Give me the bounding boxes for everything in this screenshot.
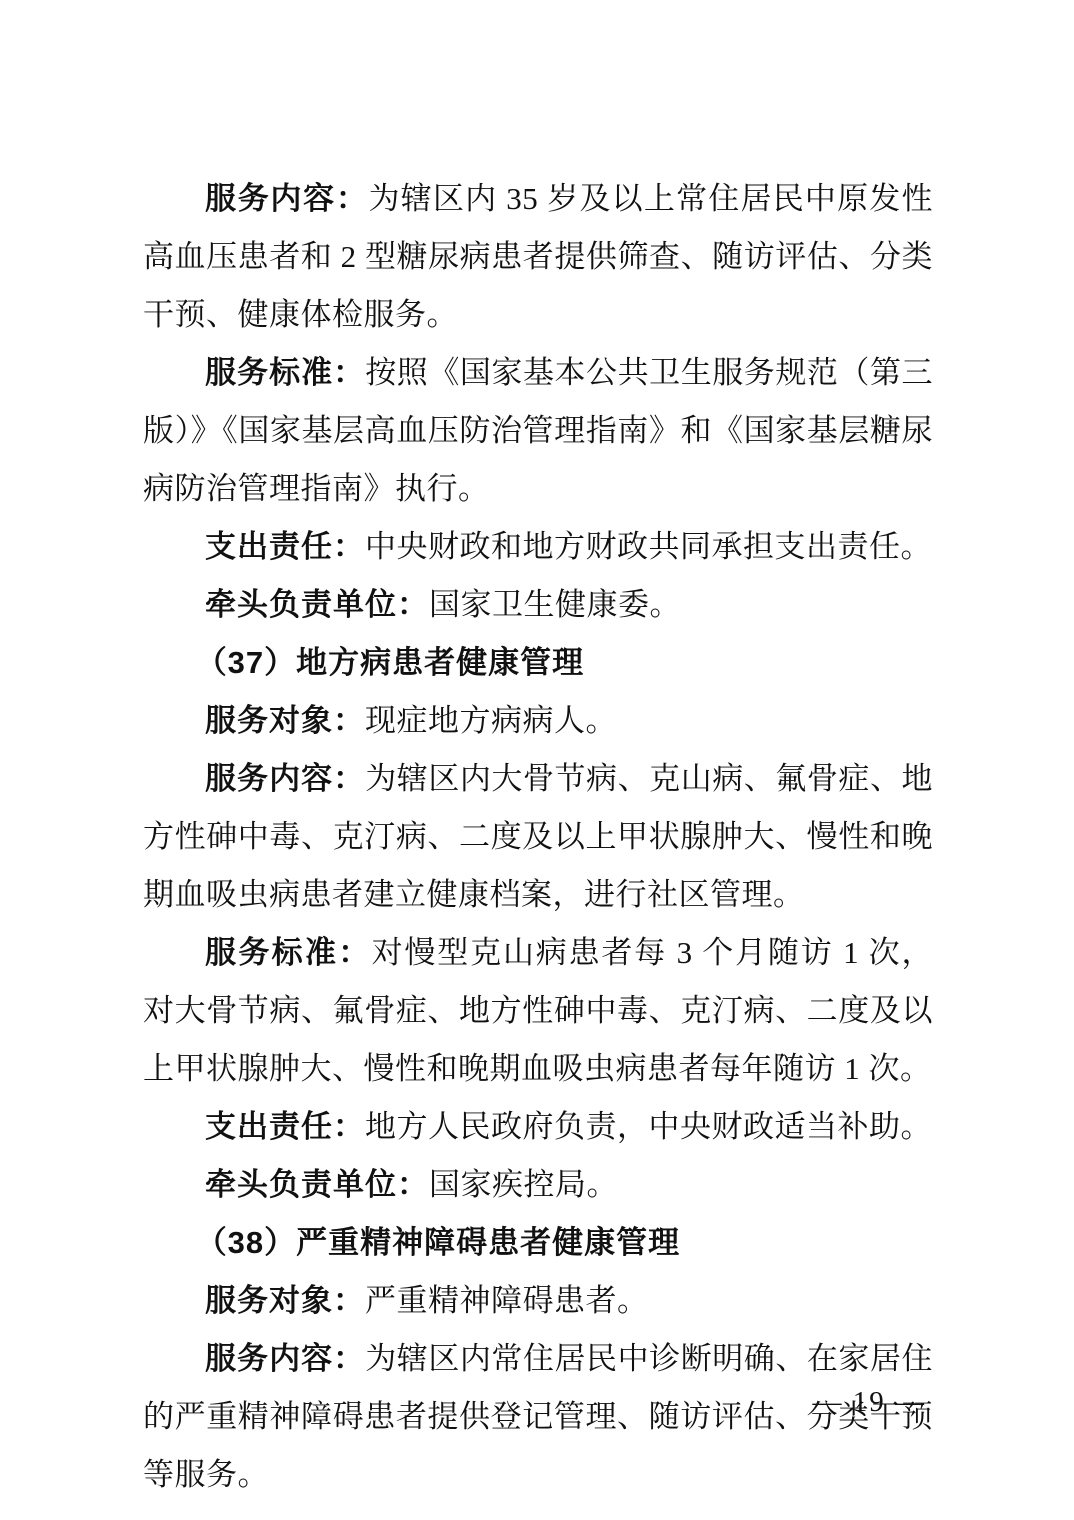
paragraph-label: 牵头负责单位： [205, 587, 429, 622]
paragraph-label: 服务内容： [205, 761, 365, 796]
paragraph-service-content: 服务内容：为辖区内大骨节病、克山病、氟骨症、地方性砷中毒、克汀病、二度及以上甲状… [143, 750, 933, 924]
document-body: 服务内容：为辖区内 35 岁及以上常住居民中原发性高血压患者和 2 型糖尿病患者… [143, 170, 933, 1504]
paragraph-label: 服务对象： [205, 1283, 365, 1318]
paragraph-text: 地方人民政府负责，中央财政适当补助。 [365, 1109, 932, 1144]
paragraph-text: 国家卫生健康委。 [429, 587, 681, 622]
paragraph-label: 支出责任： [205, 1109, 365, 1144]
paragraph-service-standard: 服务标准：按照《国家基本公共卫生服务规范（第三版）》《国家基层高血压防治管理指南… [143, 344, 933, 518]
paragraph-lead-unit: 牵头负责单位：国家卫生健康委。 [143, 576, 933, 634]
paragraph-expenditure-responsibility: 支出责任：地方人民政府负责，中央财政适当补助。 [143, 1098, 933, 1156]
paragraph-label: 服务内容： [205, 181, 369, 216]
paragraph-service-content: 服务内容：为辖区内 35 岁及以上常住居民中原发性高血压患者和 2 型糖尿病患者… [143, 170, 933, 344]
paragraph-service-target: 服务对象：严重精神障碍患者。 [143, 1272, 933, 1330]
paragraph-label: 服务对象： [205, 703, 365, 738]
paragraph-label: 服务标准： [205, 935, 372, 970]
paragraph-service-standard: 服务标准：对慢型克山病患者每 3 个月随访 1 次，对大骨节病、氟骨症、地方性砷… [143, 924, 933, 1098]
paragraph-expenditure-responsibility: 支出责任：中央财政和地方财政共同承担支出责任。 [143, 518, 933, 576]
section-heading-37: （37）地方病患者健康管理 [143, 634, 933, 692]
paragraph-text: 国家疾控局。 [429, 1167, 618, 1202]
paragraph-label: 牵头负责单位： [205, 1167, 429, 1202]
paragraph-text: 现症地方病病人。 [365, 703, 617, 738]
section-heading-38: （38）严重精神障碍患者健康管理 [143, 1214, 933, 1272]
paragraph-label: 服务标准： [205, 355, 365, 390]
paragraph-label: 支出责任： [205, 529, 365, 564]
paragraph-text: 严重精神障碍患者。 [365, 1283, 649, 1318]
paragraph-lead-unit: 牵头负责单位：国家疾控局。 [143, 1156, 933, 1214]
paragraph-label: 服务内容： [205, 1341, 365, 1376]
paragraph-service-target: 服务对象：现症地方病病人。 [143, 692, 933, 750]
page-number: — 19 — [813, 1384, 927, 1420]
document-page: 服务内容：为辖区内 35 岁及以上常住居民中原发性高血压患者和 2 型糖尿病患者… [0, 0, 1074, 1520]
paragraph-text: 中央财政和地方财政共同承担支出责任。 [365, 529, 932, 564]
